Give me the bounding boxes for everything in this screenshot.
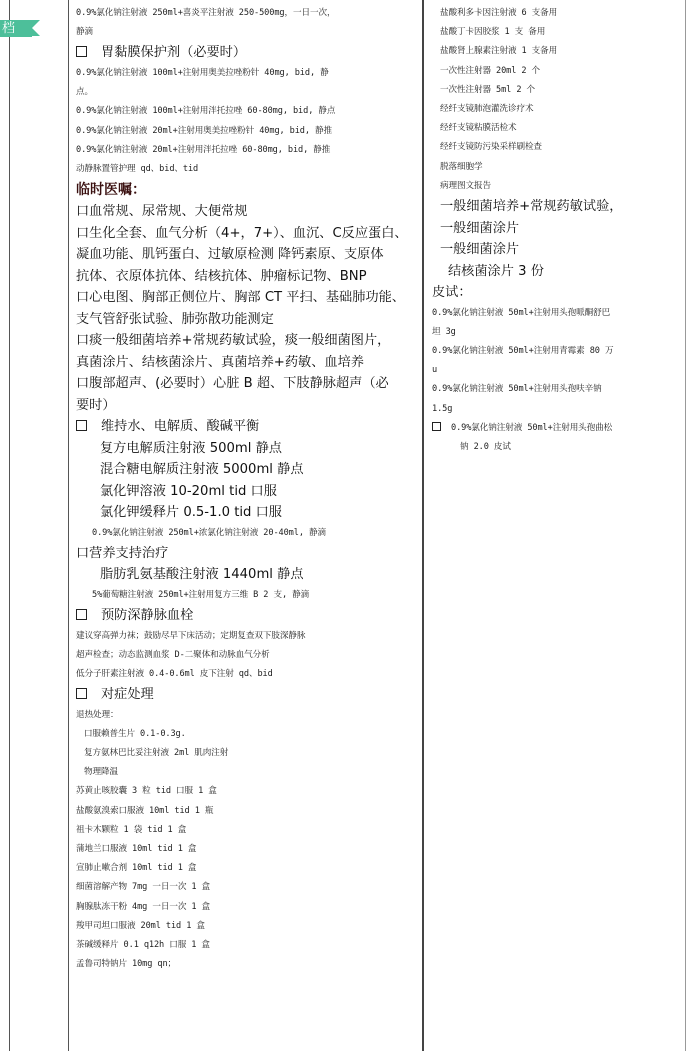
order-text: 0.9%氯化钠注射液 50ml+注射用青霉素 80 万: [432, 346, 613, 356]
order-text: 祖卡木颗粒 1 袋 tid 1 盒: [76, 825, 186, 835]
middle-order-line: 胸腺肽冻干粉 4mg 一日一次 1 盒: [76, 898, 422, 917]
order-text: 氯化钾缓释片 0.5-1.0 tid 口服: [100, 505, 282, 520]
order-text: 预防深静脉血栓: [101, 608, 193, 623]
order-text: 盐酸肾上腺素注射液 1 支备用: [440, 46, 557, 56]
order-text: 口营养支持治疗: [76, 546, 168, 561]
middle-order-line: 细菌溶解产物 7mg 一日一次 1 盒: [76, 878, 422, 897]
middle-order-line: 要时）: [76, 395, 422, 417]
right-order-line: 1.5g: [432, 400, 686, 419]
order-text: u: [432, 365, 437, 375]
right-order-line: 经纤支镜粘膜活检术: [432, 119, 686, 138]
order-text: 0.9%氯化钠注射液 50ml+注射用头孢哌酮舒巴: [432, 308, 610, 318]
order-text: 0.9%氯化钠注射液 20ml+注射用奥美拉唑粉针 40mg, bid, 静推: [76, 126, 332, 136]
middle-order-line: 真菌涂片、结核菌涂片、真菌培养+药敏、血培养: [76, 352, 422, 374]
order-text: 羧甲司坦口服液 20ml tid 1 盒: [76, 921, 205, 931]
order-text: 胃黏膜保护剂（必要时）: [101, 45, 246, 60]
order-text: 病理图文报告: [440, 181, 491, 191]
middle-order-line: 低分子肝素注射液 0.4-0.6ml 皮下注射 qd、bid: [76, 665, 422, 684]
middle-order-line: 超声检查；动态监测血浆 D-二聚体和动脉血气分析: [76, 646, 422, 665]
order-text: 点。: [76, 87, 93, 97]
order-text: 建议穿高弹力袜；鼓励尽早下床活动；定期复查双下肢深静脉: [76, 631, 305, 641]
middle-order-line: 口服赖普生片 0.1-0.3g.: [76, 725, 422, 744]
middle-order-line: 动静脉置管护理 qd、bid、tid: [76, 160, 422, 179]
order-text: 抗体、衣原体抗体、结核抗体、肿瘤标记物、BNP: [76, 269, 367, 284]
order-text: 0.9%氯化钠注射液 250ml+浓氯化钠注射液 20-40ml, 静滴: [92, 528, 326, 538]
middle-order-line: 羧甲司坦口服液 20ml tid 1 盒: [76, 917, 422, 936]
right-order-line: 坦 3g: [432, 323, 686, 342]
order-text: 复方氨林巴比妥注射液 2ml 肌肉注射: [84, 748, 228, 758]
left-label-column: [10, 0, 68, 1051]
right-order-line: 0.9%氯化钠注射液 50ml+注射用头孢呋辛钠: [432, 380, 686, 399]
middle-order-line: 胃黏膜保护剂（必要时）: [76, 42, 422, 64]
order-text: 盐酸利多卡因注射液 6 支备用: [440, 8, 557, 18]
order-text: 钠 2.0 皮试: [460, 442, 511, 452]
order-text: 经纤支镜防污染采样刷检查: [440, 142, 542, 152]
order-text: 0.9%氯化钠注射液 50ml+注射用头孢曲松: [451, 423, 612, 433]
right-order-line: 钠 2.0 皮试: [432, 438, 686, 457]
order-text: 结核菌涂片 3 份: [448, 264, 544, 279]
checkbox-icon[interactable]: [76, 609, 87, 620]
order-text: 宣肺止嗽合剂 10ml tid 1 盒: [76, 863, 196, 873]
middle-order-line: 对症处理: [76, 684, 422, 706]
order-text: 0.9%氯化钠注射液 50ml+注射用头孢呋辛钠: [432, 384, 602, 394]
middle-order-line: 复方电解质注射液 500ml 静点: [76, 438, 422, 460]
order-text: 胸腺肽冻干粉 4mg 一日一次 1 盒: [76, 902, 210, 912]
middle-order-line: 5%葡萄糖注射液 250ml+注射用复方三维 B 2 支, 静滴: [76, 586, 422, 605]
order-text: 超声检查；动态监测血浆 D-二聚体和动脉血气分析: [76, 650, 270, 660]
order-text: 口腹部超声、(必要时）心脏 B 超、下肢静脉超声（必: [76, 376, 389, 391]
middle-order-line: 混合糖电解质注射液 5000ml 静点: [76, 459, 422, 481]
right-order-line: 0.9%氯化钠注射液 50ml+注射用头孢哌酮舒巴: [432, 304, 686, 323]
middle-order-line: 口心电图、胸部正侧位片、胸部 CT 平扫、基础肺功能、: [76, 287, 422, 309]
middle-order-line: 0.9%氯化钠注射液 100ml+注射用泮托拉唑 60-80mg, bid, 静…: [76, 102, 422, 121]
order-text: 动静脉置管护理 qd、bid、tid: [76, 164, 198, 174]
order-text: 一般细菌培养+常规药敏试验，: [440, 199, 623, 214]
order-text: 苏黄止咳胶囊 3 粒 tid 口服 1 盒: [76, 786, 217, 796]
checkbox-icon[interactable]: [76, 420, 87, 431]
order-text: 凝血功能、肌钙蛋白、过敏原检测 降钙素原、支原体: [76, 247, 384, 262]
order-text: 混合糖电解质注射液 5000ml 静点: [100, 462, 304, 477]
right-order-line: 盐酸利多卡因注射液 6 支备用: [432, 4, 686, 23]
checkbox-icon[interactable]: [432, 422, 441, 431]
order-text: 0.9%氯化钠注射液 100ml+注射用奥美拉唑粉针 40mg, bid, 静: [76, 68, 329, 78]
orders-middle-column: 0.9%氯化钠注射液 250ml+喜炎平注射液 250-500mg，一日一次，静…: [68, 0, 424, 1051]
order-text: 口血常规、尿常规、大便常规: [76, 204, 247, 219]
middle-order-line: 口腹部超声、(必要时）心脏 B 超、下肢静脉超声（必: [76, 373, 422, 395]
right-order-line: 盐酸丁卡因胶浆 1 支 备用: [432, 23, 686, 42]
order-text: 经纤支镜粘膜活检术: [440, 123, 516, 133]
right-order-line: u: [432, 361, 686, 380]
middle-order-line: 口生化全套、血气分析（4+，7+）、血沉、C反应蛋白、: [76, 223, 422, 245]
right-order-line: 一次性注射器 5ml 2 个: [432, 81, 686, 100]
middle-order-line: 物理降温: [76, 763, 422, 782]
order-text: 口生化全套、血气分析（4+，7+）、血沉、C反应蛋白、: [76, 226, 408, 241]
order-text: 脂肪乳氨基酸注射液 1440ml 静点: [100, 567, 304, 582]
middle-order-line: 建议穿高弹力袜；鼓励尽早下床活动；定期复查双下肢深静脉: [76, 627, 422, 646]
order-text: 一般细菌涂片: [440, 242, 519, 257]
right-order-line: 一次性注射器 20ml 2 个: [432, 62, 686, 81]
middle-order-line: 0.9%氯化钠注射液 20ml+注射用奥美拉唑粉针 40mg, bid, 静推: [76, 122, 422, 141]
right-order-line: 0.9%氯化钠注射液 50ml+注射用头孢曲松: [432, 419, 686, 438]
order-text: 细菌溶解产物 7mg 一日一次 1 盒: [76, 882, 210, 892]
middle-order-line: 口营养支持治疗: [76, 543, 422, 565]
order-text: 维持水、电解质、酸碱平衡: [101, 419, 259, 434]
middle-order-line: 茶碱缓释片 0.1 q12h 口服 1 盒: [76, 936, 422, 955]
middle-order-line: 点。: [76, 83, 422, 102]
order-text: 0.9%氯化钠注射液 20ml+注射用泮托拉唑 60-80mg, bid, 静推: [76, 145, 330, 155]
middle-order-line: 氯化钾溶液 10-20ml tid 口服: [76, 481, 422, 503]
middle-order-line: 凝血功能、肌钙蛋白、过敏原检测 降钙素原、支原体: [76, 244, 422, 266]
middle-order-line: 退热处理：: [76, 706, 422, 725]
order-text: 一次性注射器 20ml 2 个: [440, 66, 540, 76]
right-order-line: 病理图文报告: [432, 177, 686, 196]
order-text: 真菌涂片、结核菌涂片、真菌培养+药敏、血培养: [76, 355, 364, 370]
order-text: 脱落细胞学: [440, 162, 482, 172]
order-text: 经纤支镜肺泡灌洗诊疗术: [440, 104, 533, 114]
checkbox-icon[interactable]: [76, 46, 87, 57]
order-text: 低分子肝素注射液 0.4-0.6ml 皮下注射 qd、bid: [76, 669, 273, 679]
order-text: 物理降温: [84, 767, 118, 777]
order-text: 盐酸丁卡因胶浆 1 支 备用: [440, 27, 545, 37]
middle-order-line: 苏黄止咳胶囊 3 粒 tid 口服 1 盒: [76, 782, 422, 801]
order-text: 一次性注射器 5ml 2 个: [440, 85, 535, 95]
order-text: 氯化钾溶液 10-20ml tid 口服: [100, 484, 277, 499]
section-heading: 临时医嘱：: [76, 179, 422, 201]
order-text: 茶碱缓释片 0.1 q12h 口服 1 盒: [76, 940, 210, 950]
order-text: 对症处理: [101, 687, 154, 702]
orders-right-column: 盐酸利多卡因注射液 6 支备用盐酸丁卡因胶浆 1 支 备用盐酸肾上腺素注射液 1…: [424, 0, 686, 1051]
right-order-line: 盐酸肾上腺素注射液 1 支备用: [432, 42, 686, 61]
order-text: 1.5g: [432, 404, 452, 414]
middle-order-line: 维持水、电解质、酸碱平衡: [76, 416, 422, 438]
order-text: 5%葡萄糖注射液 250ml+注射用复方三维 B 2 支, 静滴: [92, 590, 309, 600]
right-order-line: 经纤支镜肺泡灌洗诊疗术: [432, 100, 686, 119]
order-text: 口心电图、胸部正侧位片、胸部 CT 平扫、基础肺功能、: [76, 290, 405, 305]
middle-order-line: 支气管舒张试验、肺弥散功能测定: [76, 309, 422, 331]
middle-order-line: 0.9%氯化钠注射液 100ml+注射用奥美拉唑粉针 40mg, bid, 静: [76, 64, 422, 83]
middle-order-line: 孟鲁司特钠片 10mg qn；: [76, 955, 422, 974]
order-text: 一般细菌涂片: [440, 221, 519, 236]
order-text: 盐酸氨溴索口服液 10ml tid 1 瓶: [76, 806, 213, 816]
order-text: 口服赖普生片 0.1-0.3g.: [84, 729, 186, 739]
middle-order-line: 抗体、衣原体抗体、结核抗体、肿瘤标记物、BNP: [76, 266, 422, 288]
right-order-line: 一般细菌培养+常规药敏试验，: [432, 196, 686, 218]
checkbox-icon[interactable]: [76, 688, 87, 699]
order-text: 支气管舒张试验、肺弥散功能测定: [76, 312, 274, 327]
middle-order-line: 蒲地兰口服液 10ml tid 1 盒: [76, 840, 422, 859]
middle-order-line: 祖卡木颗粒 1 袋 tid 1 盒: [76, 821, 422, 840]
middle-order-line: 静滴: [76, 23, 422, 42]
order-text: 蒲地兰口服液 10ml tid 1 盒: [76, 844, 196, 854]
right-order-line: 一般细菌涂片: [432, 239, 686, 261]
order-text: 0.9%氯化钠注射液 100ml+注射用泮托拉唑 60-80mg, bid, 静…: [76, 106, 335, 116]
right-order-line: 经纤支镜防污染采样刷检查: [432, 138, 686, 157]
right-order-line: 皮试：: [432, 282, 686, 304]
order-text: 临时医嘱：: [76, 182, 146, 198]
order-text: 静滴: [76, 27, 93, 37]
order-text: 皮试：: [432, 285, 472, 300]
order-text: 退热处理：: [76, 710, 118, 720]
middle-order-line: 盐酸氨溴索口服液 10ml tid 1 瓶: [76, 802, 422, 821]
order-text: 复方电解质注射液 500ml 静点: [100, 441, 282, 456]
middle-order-line: 预防深静脉血栓: [76, 605, 422, 627]
middle-order-line: 口痰一般细菌培养+常规药敏试验，痰一般细菌图片，: [76, 330, 422, 352]
middle-order-line: 口血常规、尿常规、大便常规: [76, 201, 422, 223]
middle-order-line: 复方氨林巴比妥注射液 2ml 肌肉注射: [76, 744, 422, 763]
order-text: 0.9%氯化钠注射液 250ml+喜炎平注射液 250-500mg，一日一次，: [76, 8, 335, 18]
order-text: 口痰一般细菌培养+常规药敏试验，痰一般细菌图片，: [76, 333, 390, 348]
right-order-line: 0.9%氯化钠注射液 50ml+注射用青霉素 80 万: [432, 342, 686, 361]
order-text: 要时）: [76, 398, 116, 413]
middle-order-line: 0.9%氯化钠注射液 250ml+喜炎平注射液 250-500mg，一日一次，: [76, 4, 422, 23]
order-text: 孟鲁司特钠片 10mg qn；: [76, 959, 176, 969]
middle-order-line: 氯化钾缓释片 0.5-1.0 tid 口服: [76, 502, 422, 524]
middle-order-line: 脂肪乳氨基酸注射液 1440ml 静点: [76, 564, 422, 586]
middle-order-line: 0.9%氯化钠注射液 250ml+浓氯化钠注射液 20-40ml, 静滴: [76, 524, 422, 543]
right-order-line: 结核菌涂片 3 份: [432, 261, 686, 283]
order-text: 坦 3g: [432, 327, 456, 337]
right-order-line: 一般细菌涂片: [432, 218, 686, 240]
middle-order-line: 宣肺止嗽合剂 10ml tid 1 盒: [76, 859, 422, 878]
right-order-line: 脱落细胞学: [432, 158, 686, 177]
middle-order-line: 0.9%氯化钠注射液 20ml+注射用泮托拉唑 60-80mg, bid, 静推: [76, 141, 422, 160]
